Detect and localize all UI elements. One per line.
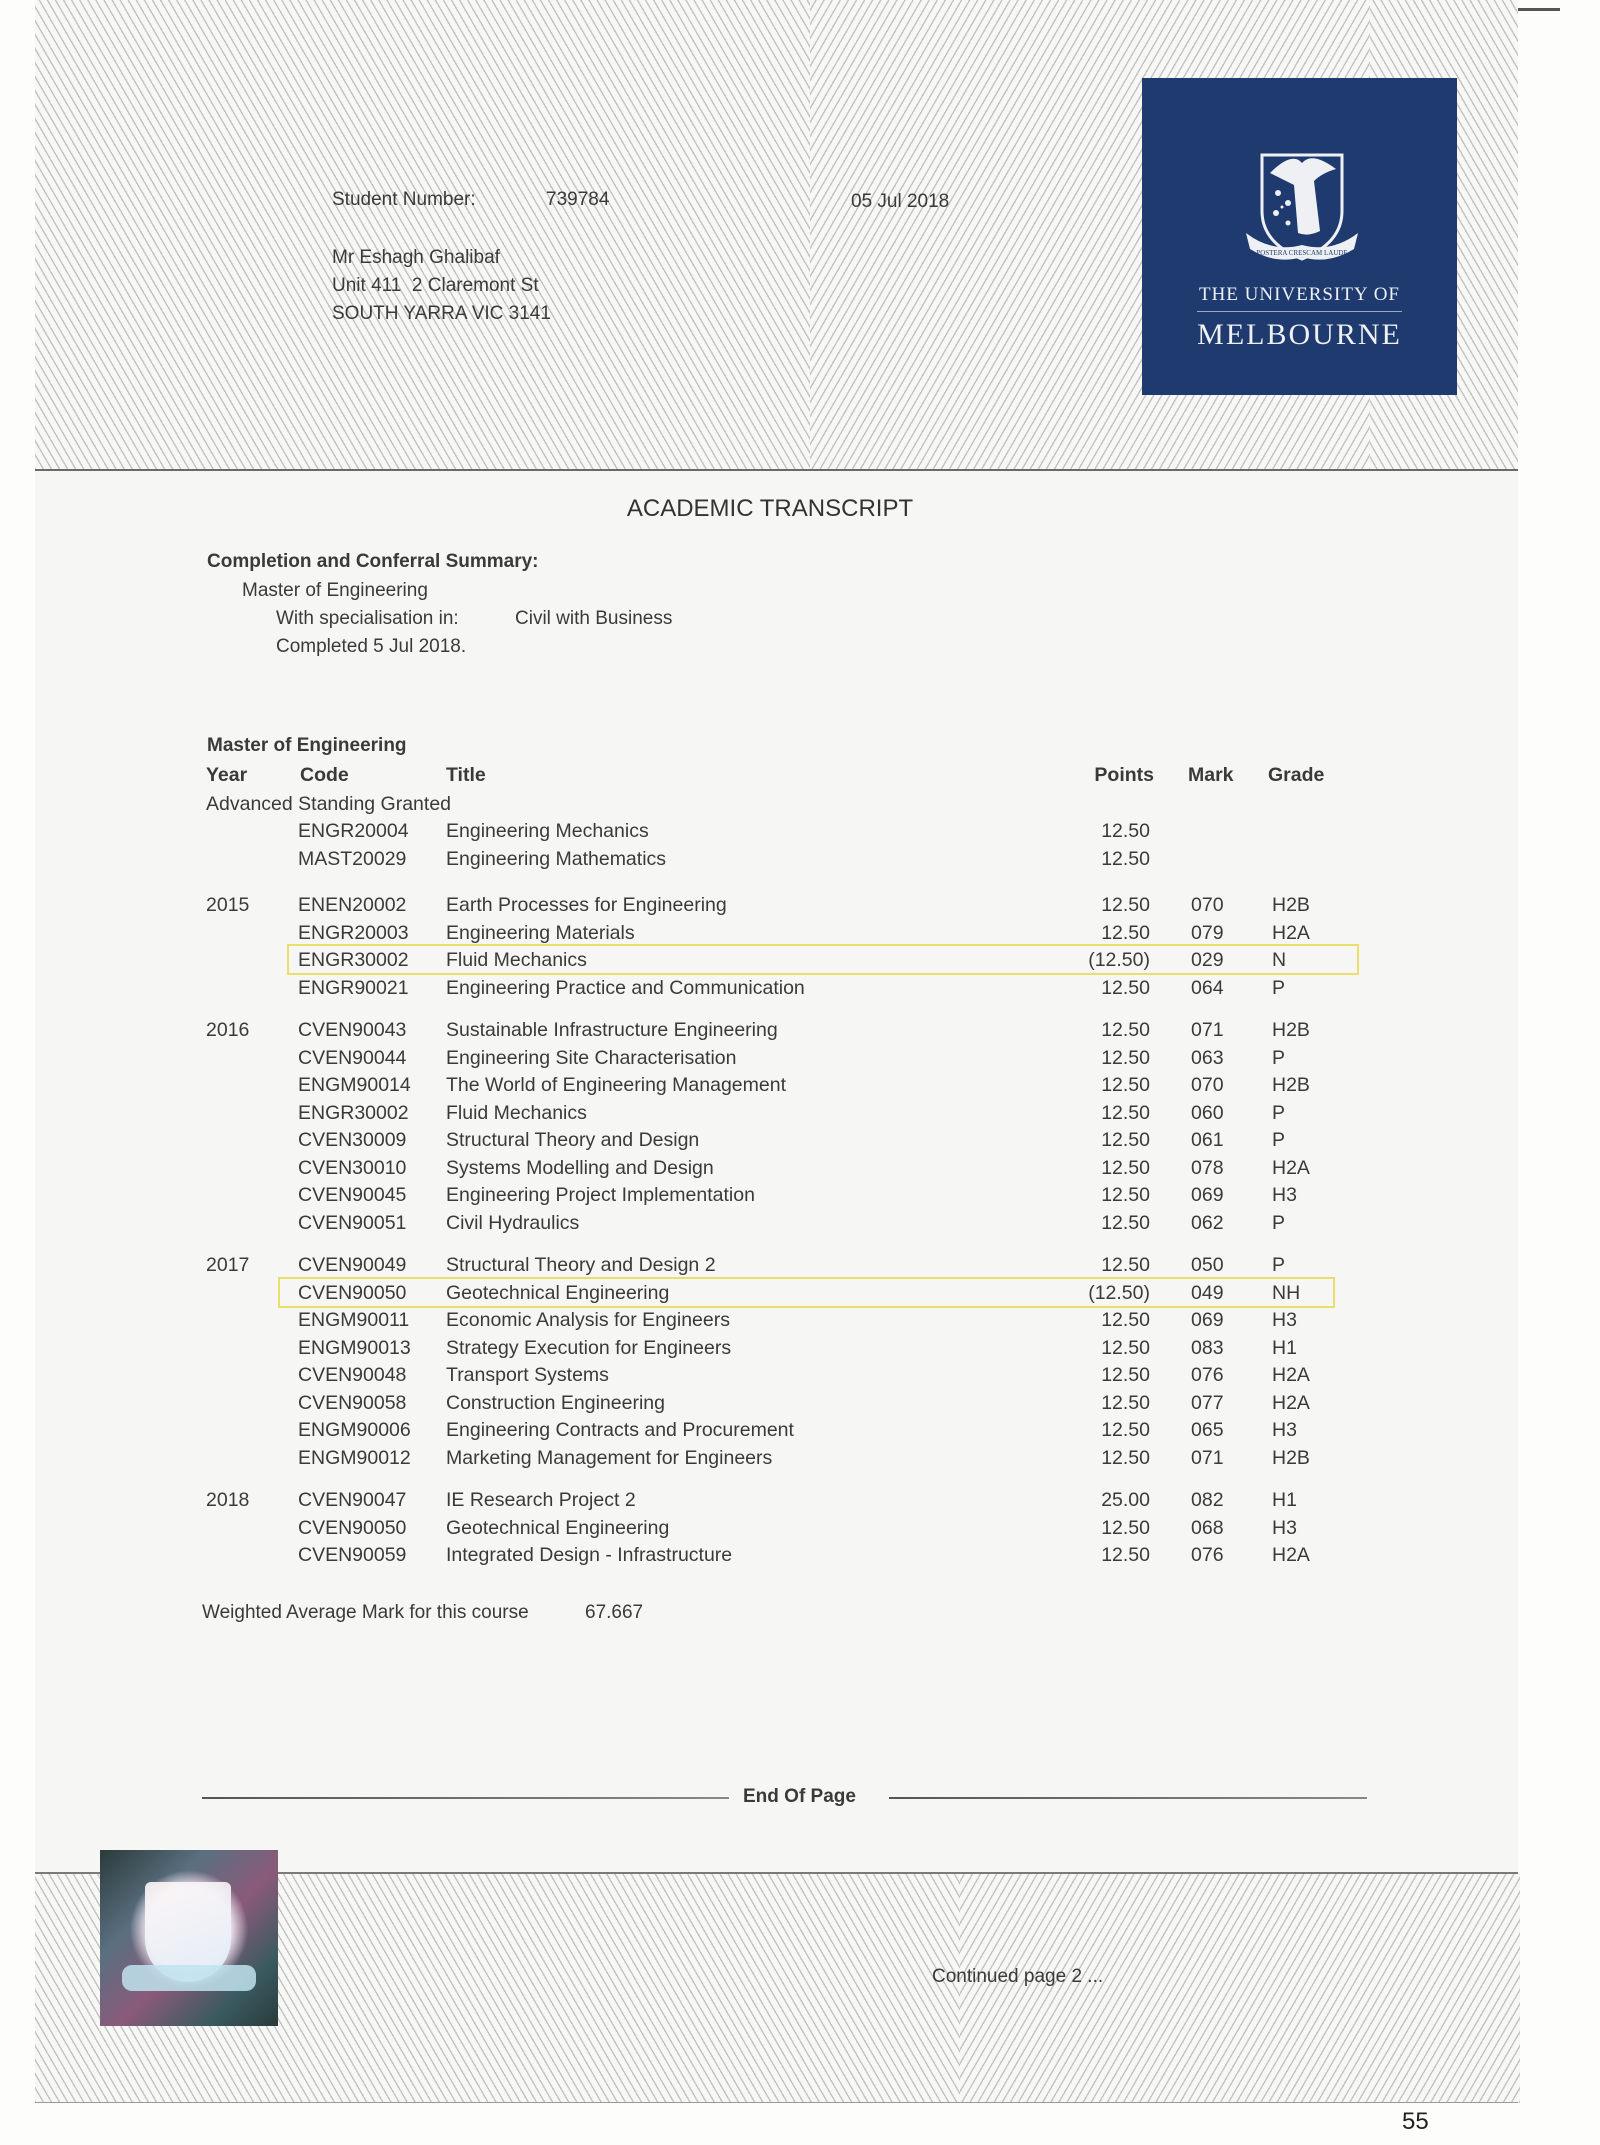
cell-points: 12.50 [1101, 1392, 1150, 1415]
course-section-heading: Master of Engineering [207, 735, 407, 757]
address-line-name: Mr Eshagh Ghalibaf [332, 247, 500, 269]
cell-points: 12.50 [1101, 1184, 1150, 1207]
cell-grade: H2A [1272, 1544, 1310, 1567]
cell-title: Engineering Site Characterisation [446, 1047, 737, 1070]
cell-grade: H2A [1272, 1157, 1310, 1180]
cell-title: Structural Theory and Design [446, 1129, 699, 1152]
cell-points: 12.50 [1101, 820, 1150, 843]
cell-mark: 078 [1191, 1157, 1224, 1180]
cell-points: 12.50 [1101, 1364, 1150, 1387]
wam-label: Weighted Average Mark for this course [202, 1602, 529, 1624]
cell-title: Earth Processes for Engineering [446, 894, 727, 917]
cell-title: Economic Analysis for Engineers [446, 1309, 730, 1332]
logo-text-melbourne: MELBOURNE [1142, 318, 1457, 352]
cell-title: Fluid Mechanics [446, 1102, 587, 1125]
cell-grade: H2A [1272, 1364, 1310, 1387]
cell-points: 12.50 [1101, 1337, 1150, 1360]
cell-title: Structural Theory and Design 2 [446, 1254, 716, 1277]
cell-grade: H2B [1272, 1447, 1310, 1470]
cell-code: ENGR30002 [298, 1102, 409, 1125]
cell-title: IE Research Project 2 [446, 1489, 636, 1512]
cell-points: 12.50 [1101, 1447, 1150, 1470]
table-row: ENGM90006Engineering Contracts and Procu… [0, 1419, 1600, 1446]
cell-points: 12.50 [1101, 1254, 1150, 1277]
cell-code: CVEN90043 [298, 1019, 406, 1042]
cell-points: 12.50 [1101, 848, 1150, 871]
cell-title: Engineering Project Implementation [446, 1184, 755, 1207]
cell-grade: H1 [1272, 1489, 1297, 1512]
cell-mark: 064 [1191, 977, 1224, 1000]
cell-grade: H2A [1272, 922, 1310, 945]
cell-points: 12.50 [1101, 1544, 1150, 1567]
cell-points: 12.50 [1101, 977, 1150, 1000]
document-title: ACADEMIC TRANSCRIPT [0, 495, 1540, 523]
cell-mark: 071 [1191, 1447, 1224, 1470]
cell-points: 25.00 [1101, 1489, 1150, 1512]
column-header-mark: Mark [1188, 764, 1234, 787]
cell-title: The World of Engineering Management [446, 1074, 786, 1097]
cell-grade: P [1272, 1129, 1285, 1152]
cell-grade: P [1272, 1102, 1285, 1125]
cell-grade: H1 [1272, 1337, 1297, 1360]
hologram-scroll [122, 1965, 256, 1991]
cell-mark: 050 [1191, 1254, 1224, 1277]
summary-heading: Completion and Conferral Summary: [207, 551, 539, 573]
cell-code: CVEN90049 [298, 1254, 406, 1277]
column-header-year: Year [206, 764, 247, 787]
page-corner-mark [1518, 8, 1560, 11]
cell-mark: 070 [1191, 894, 1224, 917]
cell-points: 12.50 [1101, 1309, 1150, 1332]
header-divider [35, 469, 1518, 471]
cell-title: Sustainable Infrastructure Engineering [446, 1019, 778, 1042]
table-row: CVEN90058Construction Engineering12.5007… [0, 1392, 1600, 1419]
cell-points: 12.50 [1101, 894, 1150, 917]
column-header-title: Title [446, 764, 486, 787]
table-row: CVEN90059Integrated Design - Infrastruct… [0, 1544, 1600, 1571]
table-row: CVEN90051Civil Hydraulics12.50062P [0, 1212, 1600, 1239]
highlight-box [278, 1277, 1335, 1308]
cell-grade: P [1272, 977, 1285, 1000]
cell-title: Transport Systems [446, 1364, 609, 1387]
cell-code: CVEN90050 [298, 1517, 406, 1540]
cell-mark: 061 [1191, 1129, 1224, 1152]
cell-title: Systems Modelling and Design [446, 1157, 714, 1180]
cell-code: CVEN30009 [298, 1129, 406, 1152]
cell-title: Construction Engineering [446, 1392, 665, 1415]
cell-points: 12.50 [1101, 1157, 1150, 1180]
cell-title: Integrated Design - Infrastructure [446, 1544, 732, 1567]
cell-grade: P [1272, 1047, 1285, 1070]
column-header-points: Points [1094, 764, 1154, 787]
end-of-page-rule-right [889, 1797, 1367, 1799]
cell-points: 12.50 [1101, 1517, 1150, 1540]
cell-points: 12.50 [1101, 1129, 1150, 1152]
issue-date: 05 Jul 2018 [851, 191, 949, 213]
cell-grade: H2B [1272, 1074, 1310, 1097]
column-header-grade: Grade [1268, 764, 1324, 787]
cell-title: Geotechnical Engineering [446, 1517, 669, 1540]
cell-title: Engineering Mathematics [446, 848, 666, 871]
cell-mark: 083 [1191, 1337, 1224, 1360]
logo-text-university-of: THE UNIVERSITY OF [1142, 284, 1457, 306]
cell-mark: 063 [1191, 1047, 1224, 1070]
cell-title: Engineering Mechanics [446, 820, 649, 843]
table-row: ENGR20004Engineering Mechanics12.50 [0, 820, 1600, 847]
table-header: Year Code Title Points Mark Grade [0, 764, 1600, 791]
table-row: CVEN90045Engineering Project Implementat… [0, 1184, 1600, 1211]
summary-course: Master of Engineering [242, 580, 428, 602]
cell-mark: 068 [1191, 1517, 1224, 1540]
end-of-page-rule-left [202, 1797, 729, 1799]
cell-points: 12.50 [1101, 1419, 1150, 1442]
cell-code: CVEN90047 [298, 1489, 406, 1512]
logo-divider [1197, 311, 1402, 312]
cell-grade: H3 [1272, 1517, 1297, 1540]
cell-grade: H3 [1272, 1419, 1297, 1442]
table-row: ENGM90013Strategy Execution for Engineer… [0, 1337, 1600, 1364]
table-row: CVEN90050Geotechnical Engineering12.5006… [0, 1517, 1600, 1544]
cell-code: CVEN30010 [298, 1157, 406, 1180]
cell-mark: 079 [1191, 922, 1224, 945]
cell-year: 2016 [206, 1019, 249, 1042]
footer-security-pattern-chevron [960, 1873, 1520, 2103]
table-row: CVEN30010Systems Modelling and Design12.… [0, 1157, 1600, 1184]
table-row: 2015ENEN20002Earth Processes for Enginee… [0, 894, 1600, 921]
cell-mark: 069 [1191, 1309, 1224, 1332]
cell-points: 12.50 [1101, 922, 1150, 945]
cell-code: ENGM90012 [298, 1447, 411, 1470]
cell-code: ENEN20002 [298, 894, 406, 917]
cell-points: 12.50 [1101, 1074, 1150, 1097]
cell-code: CVEN90044 [298, 1047, 406, 1070]
cell-year: 2018 [206, 1489, 249, 1512]
cell-grade: H3 [1272, 1184, 1297, 1207]
table-row: ENGM90014The World of Engineering Manage… [0, 1074, 1600, 1101]
cell-title: Engineering Contracts and Procurement [446, 1419, 794, 1442]
address-line-street: Unit 411 2 Claremont St [332, 275, 539, 297]
cell-title: Engineering Practice and Communication [446, 977, 805, 1000]
cell-code: ENGR20004 [298, 820, 409, 843]
cell-mark: 060 [1191, 1102, 1224, 1125]
cell-year: 2015 [206, 894, 249, 917]
cell-points: 12.50 [1101, 1019, 1150, 1042]
table-row: MAST20029Engineering Mathematics12.50 [0, 848, 1600, 875]
specialisation-label: With specialisation in: [276, 608, 459, 630]
cell-mark: 069 [1191, 1184, 1224, 1207]
cell-code: MAST20029 [298, 848, 406, 871]
cell-grade: H2B [1272, 1019, 1310, 1042]
completion-date: Completed 5 Jul 2018. [276, 636, 466, 658]
column-header-code: Code [300, 764, 349, 787]
cell-mark: 065 [1191, 1419, 1224, 1442]
cell-title: Civil Hydraulics [446, 1212, 579, 1235]
table-row: CVEN30009Structural Theory and Design12.… [0, 1129, 1600, 1156]
table-row: CVEN90044Engineering Site Characterisati… [0, 1047, 1600, 1074]
cell-grade: P [1272, 1212, 1285, 1235]
cell-mark: 076 [1191, 1364, 1224, 1387]
cell-code: CVEN90045 [298, 1184, 406, 1207]
table-row: ENGM90012Marketing Management for Engine… [0, 1447, 1600, 1474]
university-crest-icon: POSTERA CRESCAM LAUDE [1232, 133, 1372, 273]
cell-code: CVEN90048 [298, 1364, 406, 1387]
wam-value: 67.667 [585, 1602, 643, 1624]
address-line-suburb: SOUTH YARRA VIC 3141 [332, 303, 551, 325]
cell-code: CVEN90058 [298, 1392, 406, 1415]
table-row: ENGM90011Economic Analysis for Engineers… [0, 1309, 1600, 1336]
cell-mark: 082 [1191, 1489, 1224, 1512]
continued-note: Continued page 2 ... [932, 1966, 1103, 1988]
advanced-standing-label: Advanced Standing Granted [206, 793, 451, 816]
cell-grade: H2A [1272, 1392, 1310, 1415]
cell-title: Marketing Management for Engineers [446, 1447, 772, 1470]
cell-title: Engineering Materials [446, 922, 635, 945]
university-logo: POSTERA CRESCAM LAUDE THE UNIVERSITY OF … [1142, 78, 1457, 395]
highlight-box [287, 944, 1359, 975]
specialisation-value: Civil with Business [515, 608, 672, 630]
cell-points: 12.50 [1101, 1212, 1150, 1235]
page-bottom-divider [35, 2102, 1518, 2103]
cell-grade: P [1272, 1254, 1285, 1277]
cell-mark: 077 [1191, 1392, 1224, 1415]
table-row: ENGR30002Fluid Mechanics12.50060P [0, 1102, 1600, 1129]
table-row: ENGR90021Engineering Practice and Commun… [0, 977, 1600, 1004]
cell-year: 2017 [206, 1254, 249, 1277]
end-of-page-label: End Of Page [743, 1786, 856, 1808]
student-number: 739784 [546, 189, 609, 211]
cell-code: ENGM90006 [298, 1419, 411, 1442]
table-row: 2018CVEN90047IE Research Project 225.000… [0, 1489, 1600, 1516]
cell-code: CVEN90051 [298, 1212, 406, 1235]
student-number-label: Student Number: [332, 189, 476, 211]
cell-grade: H3 [1272, 1309, 1297, 1332]
security-hologram-icon [100, 1850, 278, 2026]
cell-title: Strategy Execution for Engineers [446, 1337, 731, 1360]
svg-text:POSTERA CRESCAM LAUDE: POSTERA CRESCAM LAUDE [1256, 249, 1347, 257]
table-row: CVEN90048Transport Systems12.50076H2A [0, 1364, 1600, 1391]
cell-code: ENGM90011 [298, 1309, 409, 1332]
cell-grade: H2B [1272, 894, 1310, 917]
cell-mark: 071 [1191, 1019, 1224, 1042]
cell-code: CVEN90059 [298, 1544, 406, 1567]
cell-mark: 062 [1191, 1212, 1224, 1235]
cell-points: 12.50 [1101, 1102, 1150, 1125]
cell-points: 12.50 [1101, 1047, 1150, 1070]
table-row: 2016CVEN90043Sustainable Infrastructure … [0, 1019, 1600, 1046]
cell-mark: 070 [1191, 1074, 1224, 1097]
cell-code: ENGM90013 [298, 1337, 411, 1360]
cell-mark: 076 [1191, 1544, 1224, 1567]
cell-code: ENGR20003 [298, 922, 409, 945]
page-number: 55 [1402, 2108, 1429, 2136]
cell-code: ENGR90021 [298, 977, 409, 1000]
cell-code: ENGM90014 [298, 1074, 411, 1097]
